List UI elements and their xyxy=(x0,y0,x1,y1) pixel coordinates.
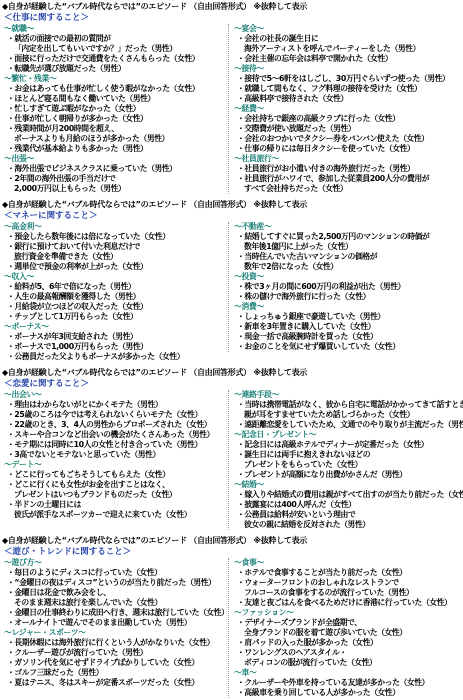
episode-line: 海外アーティストを呼んでパーティーをした（男性） xyxy=(232,44,462,54)
episode-line: ・当時は携帯電話がなく、彼から自宅に電話がかかってきて話すときは xyxy=(232,400,462,410)
episode-line: ・高級料亭で接待された（女性） xyxy=(232,94,462,104)
episode-line: ・仕事の帰りには毎日タクシーを使っていた（女性） xyxy=(232,144,462,154)
group-title: ～収入～ xyxy=(2,272,226,282)
episode-line: ・社員旅行がハワイで、参加した従業員200人分の費用が xyxy=(232,174,462,184)
episode-item: ・プレゼントが高額になり出費がかさんだ（男性） xyxy=(232,470,462,480)
episode-line: 彼氏が派手なスポーツカーで迎えに来ていた（女性） xyxy=(2,510,226,520)
episode-line: ・“金曜日の夜はディスコ”というのが当たり前だった（男性） xyxy=(2,578,226,588)
group-title: ～記念日・プレゼント～ xyxy=(232,430,462,440)
episode-line: ・仕事が忙しく朝帰りが多かった（女性） xyxy=(2,114,226,124)
episode-item: ・金曜日の仕事終わりに成田へ行き、週末は旅行していた（女性） xyxy=(2,608,226,618)
episode-line: ・毎日のようにディスコに行っていた（女性） xyxy=(2,568,226,578)
block-heading: ◆自身が経験した“バブル時代ならでは”のエピソード （自由回答形式） ※抜粋して… xyxy=(2,536,462,546)
group-title: ～連絡手段～ xyxy=(232,390,462,400)
episode-item: ・ボーナスが年3回支給された（男性） xyxy=(2,332,226,342)
episode-line: ・プレゼントが高額になり出費がかさんだ（男性） xyxy=(232,470,462,480)
episode-line: ・ボーナスで1,000万円もらった（男性） xyxy=(2,342,226,352)
episode-line: ・ゴルフ三昧だった（男性） xyxy=(2,668,226,678)
episode-line: 2,000万円以上もらった（男性） xyxy=(2,184,226,194)
episode-line: ・どこに行くにも女性がお金を出すことはなく、 xyxy=(2,480,226,490)
column-right: ～不動産～・結婚してすぐに買った2,500万円のマンションの時価が数年後1億円に… xyxy=(228,222,462,352)
group-title: ～消費～ xyxy=(232,302,462,312)
episode-document: ◆自身が経験した“バブル時代ならでは”のエピソード （自由回答形式） ※抜粋して… xyxy=(2,2,462,698)
episode-line: ・週単位で預金の利率が上がった（女性） xyxy=(2,262,226,272)
episode-line: ・公務員だった父よりもボーナスが多かった（女性） xyxy=(2,352,226,362)
group-title: ～食事～ xyxy=(232,558,462,568)
episode-line: ・遠距離恋愛をしていたため、文通でのやり取りが主流だった（男性） xyxy=(232,420,462,430)
episode-item: ・給料が5、6年で倍になった（男性） xyxy=(2,282,226,292)
episode-line: フルコースの食事をするのが流行っていた（男性） xyxy=(232,588,462,598)
group-title: ～社員旅行～ xyxy=(232,154,462,164)
group-title: ～結婚～ xyxy=(232,480,462,490)
episode-item: ・2年間の海外出張の手当だけで2,000万円以上もらった（男性） xyxy=(2,174,226,194)
episode-item: ・就職して間もなく、フグ料理の接待を受けた（女性） xyxy=(232,84,462,94)
episode-item: ・株で3ヶ月の間に600万円の利益が出た（男性） xyxy=(232,282,462,292)
episode-line: ・交際費が使い放題だった（男性） xyxy=(232,124,462,134)
episode-item: ・会社主催の忘年会は料亭で開かれた（女性） xyxy=(232,54,462,64)
episode-item: ・仕事が忙しく朝帰りが多かった（女性） xyxy=(2,114,226,124)
episode-item: ・高級料亭で接待された（女性） xyxy=(232,94,462,104)
column-left: ～就職～・就活の面接での最初の質問が「内定を出してもいいですか？」だった（男性）… xyxy=(2,24,226,194)
episode-item: ・人生の最高報酬額を獲得した（男性） xyxy=(2,292,226,302)
episode-item: ・肩パッドの入った服が多かった（女性） xyxy=(232,638,462,648)
group-title: ～車～ xyxy=(232,668,462,678)
column-right: ～食事～・ホテルで食事することが当たり前だった（女性）・ウォーターフロントのおし… xyxy=(228,558,462,698)
episode-item: ・ウォーターフロントのおしゃれなレストランでフルコースの食事をするのが流行ってい… xyxy=(232,578,462,598)
episode-item: ・当時住んでいた古いマンションの価格が数年で2倍になった（女性） xyxy=(232,252,462,272)
episode-item: ・残業代が基本給よりも多かった（男性） xyxy=(2,144,226,154)
episode-line: ・チップとして1万円もらった（女性） xyxy=(2,312,226,322)
episode-line: ・ホテルで食事することが当たり前だった（女性） xyxy=(232,568,462,578)
episode-line: ・転職先が選び放題だった（男性） xyxy=(2,64,226,74)
episode-item: ・記念日には高級ホテルでディナーが定番だった（女性） xyxy=(232,440,462,450)
episode-item: ・会社持ちで銀座の高級クラブに行った（女性） xyxy=(232,114,462,124)
episode-item: ・スキーや合コンなど出会いの機会がたくさんあった（男性） xyxy=(2,430,226,440)
episode-line: ・記念日には高級ホテルでディナーが定番だった（女性） xyxy=(232,440,462,450)
episode-block: ◆自身が経験した“バブル時代ならでは”のエピソード （自由回答形式） ※抜粋して… xyxy=(2,200,462,362)
episode-line: 全身ブランドの服を着て遊び歩いていた（女性） xyxy=(232,628,462,638)
episode-line: そのまま週末は旅行を楽しんでいた（女性） xyxy=(2,598,226,608)
episode-line: ・3高でないとモテないと思っていた（男性） xyxy=(2,450,226,460)
episode-item: ・公務員は給料が安いという理由で彼女の親に結婚を反対された（男性） xyxy=(232,510,462,530)
group-title: ～遊び方～ xyxy=(2,558,226,568)
episode-item: ・オールナイトで遊んでそのまま出勤していた（男性） xyxy=(2,618,226,628)
column-left: ～出会い～・理由はわからないがとにかくモテた（男性）・25歳のころは今では考えら… xyxy=(2,390,226,520)
episode-line: ・公務員は給料が安いという理由で xyxy=(232,510,462,520)
episode-line: ・高級車を乗り回している人が多かった（女性） xyxy=(232,688,462,698)
episode-item: ・高級車を乗り回している人が多かった（女性） xyxy=(232,688,462,698)
episode-item: ・25歳のころは今では考えられないくらいモテた（女性） xyxy=(2,410,226,420)
episode-line: ・会社の社長の誕生日に xyxy=(232,34,462,44)
column-right: ～連絡手段～・当時は携帯電話がなく、彼から自宅に電話がかかってきて話すときは親が… xyxy=(228,390,462,530)
episode-line: ・株の儲けで海外旅行に行った（女性） xyxy=(232,292,462,302)
episode-line: ・新車を3年置きに購入していた（女性） xyxy=(232,322,462,332)
episode-line: ・ボーナスが年3回支給された（男性） xyxy=(2,332,226,342)
episode-item: ・モテ期には同時に10人の女性と付き合っていた（男性） xyxy=(2,440,226,450)
episode-line: ・株で3ヶ月の間に600万円の利益が出た（男性） xyxy=(232,282,462,292)
group-title: ～ボーナス～ xyxy=(2,322,226,332)
episode-item: ・3高でないとモテないと思っていた（男性） xyxy=(2,450,226,460)
episode-item: ・誕生日には両手に抱えきれないほどのプレゼントをもらっていた（女性） xyxy=(232,450,462,470)
episode-item: ・お金のことを気にせず爆買いしていた（女性） xyxy=(232,342,462,352)
group-title: ～就職～ xyxy=(2,24,226,34)
episode-item: ・新車を3年置きに購入していた（女性） xyxy=(232,322,462,332)
group-title: ～宴会～ xyxy=(232,24,462,34)
episode-item: ・クルーザーや外車を持っている友達が多かった（女性） xyxy=(232,678,462,688)
episode-line: ・25歳のころは今では考えられないくらいモテた（女性） xyxy=(2,410,226,420)
episode-line: ボディコンの服が流行っていた（女性） xyxy=(232,658,462,668)
episode-item: ・残業時間が月200時間を超え、ボーナスよりも月給のほうが多かった（男性） xyxy=(2,124,226,144)
block-heading: ◆自身が経験した“バブル時代ならでは”のエピソード （自由回答形式） ※抜粋して… xyxy=(2,368,462,378)
episode-line: 親が耳をすませていたため話しづらかった（女性） xyxy=(232,410,462,420)
episode-item: ・当時は携帯電話がなく、彼から自宅に電話がかかってきて話すときは親が耳をすませて… xyxy=(232,400,462,420)
episode-item: ・預金したら数年後には倍になっていた（女性） xyxy=(2,232,226,242)
episode-item: ・22歳のとき、3、4人の男性からプロポーズされた（女性） xyxy=(2,420,226,430)
episode-item: ・友達と夜ごはんを食べるためだけに香港に行っていた（女性） xyxy=(232,598,462,608)
episode-line: ・嫁入りや結婚式の費用は親がすべて出すのが当たり前だった（女性） xyxy=(232,490,462,500)
column-left: ～高金利～・預金したら数年後には倍になっていた（女性）・銀行に預けておいて付いた… xyxy=(2,222,226,362)
columns: ～高金利～・預金したら数年後には倍になっていた（女性）・銀行に預けておいて付いた… xyxy=(2,222,462,362)
episode-line: ・モテ期には同時に10人の女性と付き合っていた（男性） xyxy=(2,440,226,450)
episode-item: ・転職先が選び放題だった（男性） xyxy=(2,64,226,74)
episode-line: 旅行資金を準備できた（女性） xyxy=(2,252,226,262)
episode-item: ・チップとして1万円もらった（女性） xyxy=(2,312,226,322)
episode-line: ・披露宴には400人呼んだ（女性） xyxy=(232,500,462,510)
episode-line: プレゼントをもらっていた（女性） xyxy=(232,460,462,470)
episode-line: 数年で2倍になった（女性） xyxy=(232,262,462,272)
episode-line: ・クルーザー遊びが流行っていた（男性） xyxy=(2,648,226,658)
episode-line: ・22歳のとき、3、4人の男性からプロポーズされた（女性） xyxy=(2,420,226,430)
episode-item: ・夏はテニス、冬はスキーが定番スポーツだった（女性） xyxy=(2,678,226,688)
episode-item: ・半ドンの土曜日には彼氏が派手なスポーツカーで迎えに来ていた（女性） xyxy=(2,500,226,520)
episode-line: ・会社持ちで銀座の高級クラブに行った（女性） xyxy=(232,114,462,124)
episode-item: ・理由はわからないがとにかくモテた（男性） xyxy=(2,400,226,410)
episode-item: ・公務員だった父よりもボーナスが多かった（女性） xyxy=(2,352,226,362)
episode-line: ・面接に行っただけで交通費をたくさんもらった（女性） xyxy=(2,54,226,64)
group-title: ～投資～ xyxy=(232,272,462,282)
group-title: ～接待～ xyxy=(232,64,462,74)
block-heading: ◆自身が経験した“バブル時代ならでは”のエピソード （自由回答形式） ※抜粋して… xyxy=(2,200,462,210)
block-heading: ◆自身が経験した“バブル時代ならでは”のエピソード （自由回答形式） ※抜粋して… xyxy=(2,2,462,12)
episode-item: ・披露宴には400人呼んだ（女性） xyxy=(232,500,462,510)
episode-item: ・仕事の帰りには毎日タクシーを使っていた（女性） xyxy=(232,144,462,154)
episode-line: ・会社主催の忘年会は料亭で開かれた（女性） xyxy=(232,54,462,64)
episode-line: ・ウォーターフロントのおしゃれなレストランで xyxy=(232,578,462,588)
column-left: ～遊び方～・毎日のようにディスコに行っていた（女性）・“金曜日の夜はディスコ”と… xyxy=(2,558,226,688)
columns: ～出会い～・理由はわからないがとにかくモテた（男性）・25歳のころは今では考えら… xyxy=(2,390,462,530)
episode-line: ・肩パッドの入った服が多かった（女性） xyxy=(232,638,462,648)
episode-line: ・長期休暇には海外旅行に行くという人がかなりいた（女性） xyxy=(2,638,226,648)
episode-item: ・忙しすぎて遊ぶ暇がなかった（女性） xyxy=(2,104,226,114)
episode-item: ・しょっちゅう銀座で豪遊していた（男性） xyxy=(232,312,462,322)
episode-item: ・交際費が使い放題だった（男性） xyxy=(232,124,462,134)
episode-item: ・ボーナスで1,000万円もらった（男性） xyxy=(2,342,226,352)
episode-line: ・海外出張でビジネスクラスに乗っていた（男性） xyxy=(2,164,226,174)
episode-item: ・“金曜日の夜はディスコ”というのが当たり前だった（男性） xyxy=(2,578,226,588)
columns: ～遊び方～・毎日のようにディスコに行っていた（女性）・“金曜日の夜はディスコ”と… xyxy=(2,558,462,698)
episode-line: ・半ドンの土曜日には xyxy=(2,500,226,510)
episode-line: 彼女の親に結婚を反対された（男性） xyxy=(232,520,462,530)
episode-line: ・給料が5、6年で倍になった（男性） xyxy=(2,282,226,292)
episode-line: ・会社のおつかいでタクシー券をバンバン使えた（女性） xyxy=(232,134,462,144)
episode-line: ・忙しすぎて遊ぶ暇がなかった（女性） xyxy=(2,104,226,114)
episode-item: ・社員旅行がお小遣い付きの海外旅行だった（男性） xyxy=(232,164,462,174)
episode-item: ・ワンレングスのヘアスタイル・ボディコンの服が流行っていた（女性） xyxy=(232,648,462,668)
episode-line: ・どこに行ってもごちそうしてもらえた（女性） xyxy=(2,470,226,480)
episode-line: ・接待で5～6軒をはしごし、30万円ぐらいずつ使った（男性） xyxy=(232,74,462,84)
episode-item: ・金曜日は花金で飲み会をし、そのまま週末は旅行を楽しんでいた（女性） xyxy=(2,588,226,608)
episode-item: ・長期休暇には海外旅行に行くという人がかなりいた（女性） xyxy=(2,638,226,648)
episode-line: ・ワンレングスのヘアスタイル・ xyxy=(232,648,462,658)
episode-item: ・デザイナーズブランドが全盛期で、全身ブランドの服を着て遊び歩いていた（女性） xyxy=(232,618,462,638)
episode-item: ・結婚してすぐに買った2,500万円のマンションの時価が数年後1億円に上がった（… xyxy=(232,232,462,252)
episode-item: ・社員旅行がハワイで、参加した従業員200人分の費用がすべて会社持ちだった（女性… xyxy=(232,174,462,194)
column-right: ～宴会～・会社の社長の誕生日に海外アーティストを呼んでパーティーをした（男性）・… xyxy=(228,24,462,194)
episode-line: ・就職して間もなく、フグ料理の接待を受けた（女性） xyxy=(232,84,462,94)
group-title: ～デート～ xyxy=(2,460,226,470)
episode-line: ・社員旅行がお小遣い付きの海外旅行だった（男性） xyxy=(232,164,462,174)
episode-item: ・株の儲けで海外旅行に行った（女性） xyxy=(232,292,462,302)
group-title: ～出会い～ xyxy=(2,390,226,400)
episode-item: ・月給袋が立つほどの収入だった（女性） xyxy=(2,302,226,312)
episode-item: ・会社のおつかいでタクシー券をバンバン使えた（女性） xyxy=(232,134,462,144)
category-title: ＜遊び・トレンドに関すること＞ xyxy=(2,547,462,558)
episode-item: ・海外出張でビジネスクラスに乗っていた（男性） xyxy=(2,164,226,174)
group-title: ～経費～ xyxy=(232,104,462,114)
group-title: ～ファッション～ xyxy=(232,608,462,618)
category-title: ＜マネーに関すること＞ xyxy=(2,211,462,222)
episode-line: 「内定を出してもいいですか？」だった（男性） xyxy=(2,44,226,54)
episode-item: ・会社の社長の誕生日に海外アーティストを呼んでパーティーをした（男性） xyxy=(232,34,462,54)
group-title: ～繁忙・残業～ xyxy=(2,74,226,84)
episode-item: ・ホテルで食事することが当たり前だった（女性） xyxy=(232,568,462,578)
episode-block: ◆自身が経験した“バブル時代ならでは”のエピソード （自由回答形式） ※抜粋して… xyxy=(2,2,462,194)
episode-block: ◆自身が経験した“バブル時代ならでは”のエピソード （自由回答形式） ※抜粋して… xyxy=(2,368,462,530)
episode-line: ・残業代が基本給よりも多かった（男性） xyxy=(2,144,226,154)
group-title: ～出張～ xyxy=(2,154,226,164)
episode-line: ・金曜日は花金で飲み会をし、 xyxy=(2,588,226,598)
episode-item: ・どこに行くにも女性がお金を出すことはなく、プレゼントはいつもブランドものだった… xyxy=(2,480,226,500)
episode-line: ・預金したら数年後には倍になっていた（女性） xyxy=(2,232,226,242)
columns: ～就職～・就活の面接での最初の質問が「内定を出してもいいですか？」だった（男性）… xyxy=(2,24,462,194)
episode-item: ・クルーザー遊びが流行っていた（男性） xyxy=(2,648,226,658)
episode-item: ・就活の面接での最初の質問が「内定を出してもいいですか？」だった（男性） xyxy=(2,34,226,54)
episode-item: ・お金はあっても仕事が忙しく使う暇がなかった（女性） xyxy=(2,84,226,94)
episode-item: ・銀行に預けておいて付いた利息だけで旅行資金を準備できた（女性） xyxy=(2,242,226,262)
episode-item: ・遠距離恋愛をしていたため、文通でのやり取りが主流だった（男性） xyxy=(232,420,462,430)
category-title: ＜恋愛に関すること＞ xyxy=(2,379,462,390)
episode-line: 数年後1億円に上がった（女性） xyxy=(232,242,462,252)
episode-line: ・夏はテニス、冬はスキーが定番スポーツだった（女性） xyxy=(2,678,226,688)
episode-item: ・現金一括で高級腕時計を買った（女性） xyxy=(232,332,462,342)
episode-line: ・現金一括で高級腕時計を買った（女性） xyxy=(232,332,462,342)
episode-line: ・お金はあっても仕事が忙しく使う暇がなかった（女性） xyxy=(2,84,226,94)
episode-line: ・2年間の海外出張の手当だけで xyxy=(2,174,226,184)
episode-line: ・銀行に預けておいて付いた利息だけで xyxy=(2,242,226,252)
episode-block: ◆自身が経験した“バブル時代ならでは”のエピソード （自由回答形式） ※抜粋して… xyxy=(2,536,462,698)
episode-line: ・スキーや合コンなど出会いの機会がたくさんあった（男性） xyxy=(2,430,226,440)
episode-line: ・お金のことを気にせず爆買いしていた（女性） xyxy=(232,342,462,352)
episode-line: ・オールナイトで遊んでそのまま出勤していた（男性） xyxy=(2,618,226,628)
episode-line: ・ほとんど寝る間もなく働いていた（男性） xyxy=(2,94,226,104)
episode-item: ・接待で5～6軒をはしごし、30万円ぐらいずつ使った（男性） xyxy=(232,74,462,84)
episode-line: ・月給袋が立つほどの収入だった（女性） xyxy=(2,302,226,312)
episode-line: ・就活の面接での最初の質問が xyxy=(2,34,226,44)
episode-line: ・人生の最高報酬額を獲得した（男性） xyxy=(2,292,226,302)
episode-line: ・誕生日には両手に抱えきれないほどの xyxy=(232,450,462,460)
episode-line: プレゼントはいつもブランドものだった（女性） xyxy=(2,490,226,500)
episode-item: ・週単位で預金の利率が上がった（女性） xyxy=(2,262,226,272)
episode-item: ・ガソリン代を気にせずドライブばかりしていた（女性） xyxy=(2,658,226,668)
episode-item: ・ゴルフ三昧だった（男性） xyxy=(2,668,226,678)
group-title: ～不動産～ xyxy=(232,222,462,232)
episode-item: ・面接に行っただけで交通費をたくさんもらった（女性） xyxy=(2,54,226,64)
episode-item: ・どこに行ってもごちそうしてもらえた（女性） xyxy=(2,470,226,480)
episode-item: ・嫁入りや結婚式の費用は親がすべて出すのが当たり前だった（女性） xyxy=(232,490,462,500)
episode-line: ・残業時間が月200時間を超え、 xyxy=(2,124,226,134)
group-title: ～高金利～ xyxy=(2,222,226,232)
episode-line: ・金曜日の仕事終わりに成田へ行き、週末は旅行していた（女性） xyxy=(2,608,226,618)
episode-line: すべて会社持ちだった（女性） xyxy=(232,184,462,194)
episode-line: ・友達と夜ごはんを食べるためだけに香港に行っていた（女性） xyxy=(232,598,462,608)
episode-line: ボーナスよりも月給のほうが多かった（男性） xyxy=(2,134,226,144)
episode-line: ・デザイナーズブランドが全盛期で、 xyxy=(232,618,462,628)
group-title: ～レジャー・スポーツ～ xyxy=(2,628,226,638)
episode-item: ・ほとんど寝る間もなく働いていた（男性） xyxy=(2,94,226,104)
episode-line: ・当時住んでいた古いマンションの価格が xyxy=(232,252,462,262)
category-title: ＜仕事に関すること＞ xyxy=(2,13,462,24)
episode-line: ・クルーザーや外車を持っている友達が多かった（女性） xyxy=(232,678,462,688)
episode-line: ・ガソリン代を気にせずドライブばかりしていた（女性） xyxy=(2,658,226,668)
episode-line: ・結婚してすぐに買った2,500万円のマンションの時価が xyxy=(232,232,462,242)
episode-line: ・理由はわからないがとにかくモテた（男性） xyxy=(2,400,226,410)
episode-item: ・毎日のようにディスコに行っていた（女性） xyxy=(2,568,226,578)
episode-line: ・しょっちゅう銀座で豪遊していた（男性） xyxy=(232,312,462,322)
